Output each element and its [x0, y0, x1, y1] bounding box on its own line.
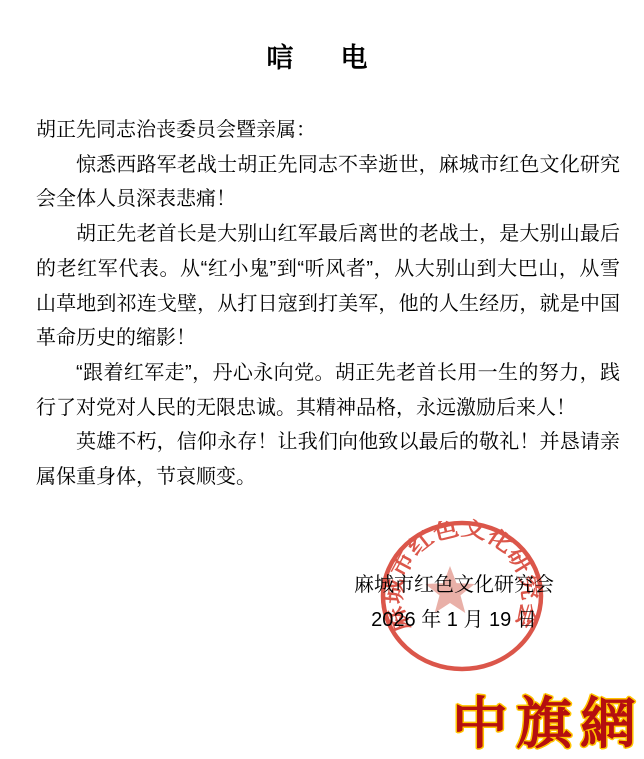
signature-date: 2026 年 1 月 19 日 [254, 603, 644, 638]
condolence-letter-page: 唁 电 胡正先同志治丧委员会暨亲属： 惊悉西路军老战士胡正先同志不幸逝世，麻城市… [0, 0, 644, 759]
signature-organization: 麻城市红色文化研究会 [254, 568, 644, 603]
body-paragraph-2: 胡正先老首长是大别山红军最后离世的老战士，是大别山最后的老红军代表。从“红小鬼”… [36, 217, 620, 356]
salutation-line: 胡正先同志治丧委员会暨亲属： [36, 113, 620, 148]
letter-body: 胡正先同志治丧委员会暨亲属： 惊悉西路军老战士胡正先同志不幸逝世，麻城市红色文化… [36, 113, 620, 495]
body-paragraph-4: 英雄不朽，信仰永存！让我们向他致以最后的敬礼！并恳请亲属保重身体，节哀顺变。 [36, 425, 620, 494]
body-paragraph-1: 惊悉西路军老战士胡正先同志不幸逝世，麻城市红色文化研究会全体人员深表悲痛！ [36, 148, 620, 217]
body-paragraph-3: “跟着红军走”，丹心永向党。胡正先老首长用一生的努力，践行了对党对人民的无限忠诚… [36, 356, 620, 425]
site-watermark: 中旗網 [452, 680, 644, 759]
signature-block: 麻城市红色文化研究会 2026 年 1 月 19 日 [254, 568, 644, 638]
document-title: 唁 电 [0, 36, 644, 75]
